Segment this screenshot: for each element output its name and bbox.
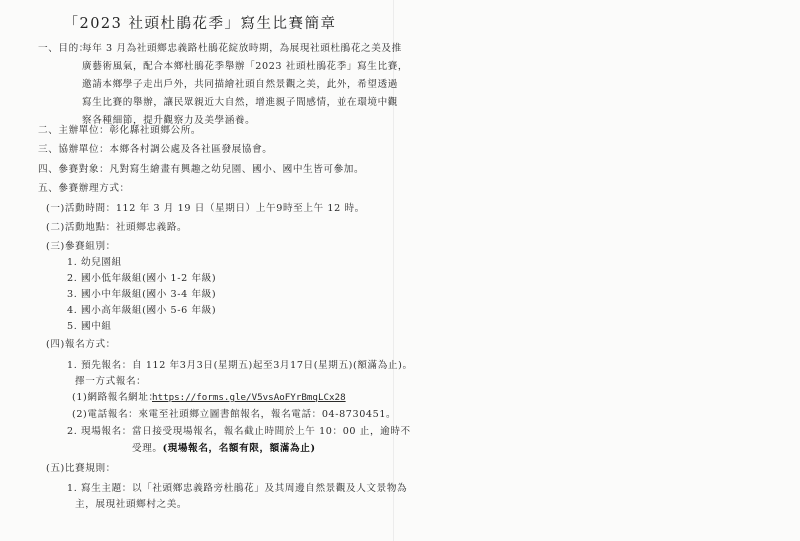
pre-registration: 1. 預先報名：自 112 年3月3日(星期五)起至3月17日(星期五)(額滿為…: [67, 360, 413, 372]
group-item: 3. 國小中年級組(國小 3-4 年級): [67, 289, 216, 301]
section-5-heading: 五、參賽辦理方式：: [38, 183, 130, 195]
registration-url-link[interactable]: https://forms.gle/V5vsAoFYrBmqLCx28: [152, 392, 346, 404]
onsite-registration: 2. 現場報名：當日接受現場報名，報名截止時間於上午 10：00 止，逾時不: [67, 426, 411, 438]
rules-heading: (五)比賽規則：: [46, 463, 116, 475]
section-2-organizer: 二、主辦單位：彰化縣社頭鄉公所。: [38, 125, 201, 137]
rule-item: 1. 寫生主題：以「社頭鄉忠義路旁杜鵑花」及其周邊自然景觀及人文景物為: [67, 483, 407, 495]
pre-registration-choose: 擇一方式報名：: [75, 376, 146, 388]
section-1-text: 廣藝術風氣，配合本鄉杜鵑花季舉辦「2023 社頭杜鵑花季」寫生比賽，: [82, 61, 408, 73]
document: 「2023 社頭杜鵑花季」寫生比賽簡章 一、目的： 每年 3 月為社頭鄉忠義路杜…: [0, 0, 800, 541]
groups-heading: (三)參賽組別：: [46, 241, 116, 253]
onsite-limit-note: (現場報名，名額有限，額滿為止): [163, 443, 316, 454]
onsite-registration-cont: 受理。(現場報名，名額有限，額滿為止): [132, 443, 316, 455]
section-1-text: 每年 3 月為社頭鄉忠義路杜鵑花綻放時期，為展現社頭杜鵑花之美及推: [82, 43, 402, 55]
section-3-co-organizer: 三、協辦單位：本鄉各村調公處及各社區發展協會。: [38, 144, 272, 156]
online-registration-label: (1)網路報名網址：: [72, 392, 159, 404]
group-item: 1. 幼兒園組: [67, 257, 122, 269]
rule-item-cont: 主，展現社頭鄉村之美。: [75, 499, 187, 511]
onsite-note: 受理。: [132, 443, 163, 454]
section-4-participants: 四、參賽對象：凡對寫生繪畫有興趣之幼兒園、國小、國中生皆可參加。: [38, 164, 364, 176]
event-location: (二)活動地點：社頭鄉忠義路。: [46, 222, 187, 234]
group-item: 2. 國小低年級組(國小 1-2 年級): [67, 273, 216, 285]
section-1-text: 邀請本鄉學子走出戶外，共同描繪社頭自然景觀之美，此外，希望透過: [82, 79, 398, 91]
registration-heading: (四)報名方式：: [46, 339, 116, 351]
event-time: (一)活動時間：112 年 3 月 19 日（星期日）上午9時至上午 12 時。: [46, 203, 365, 215]
group-item: 5. 國中組: [67, 321, 112, 333]
section-1-text: 寫生比賽的舉辦，讓民眾親近大自然，增進親子間感情，並在環境中觀: [82, 97, 398, 109]
document-title: 「2023 社頭杜鵑花季」寫生比賽簡章: [0, 12, 400, 33]
group-item: 4. 國小高年級組(國小 5-6 年級): [67, 305, 216, 317]
phone-registration: (2)電話報名：來電至社頭鄉立圖書館報名，報名電話：04-8730451。: [72, 409, 396, 421]
